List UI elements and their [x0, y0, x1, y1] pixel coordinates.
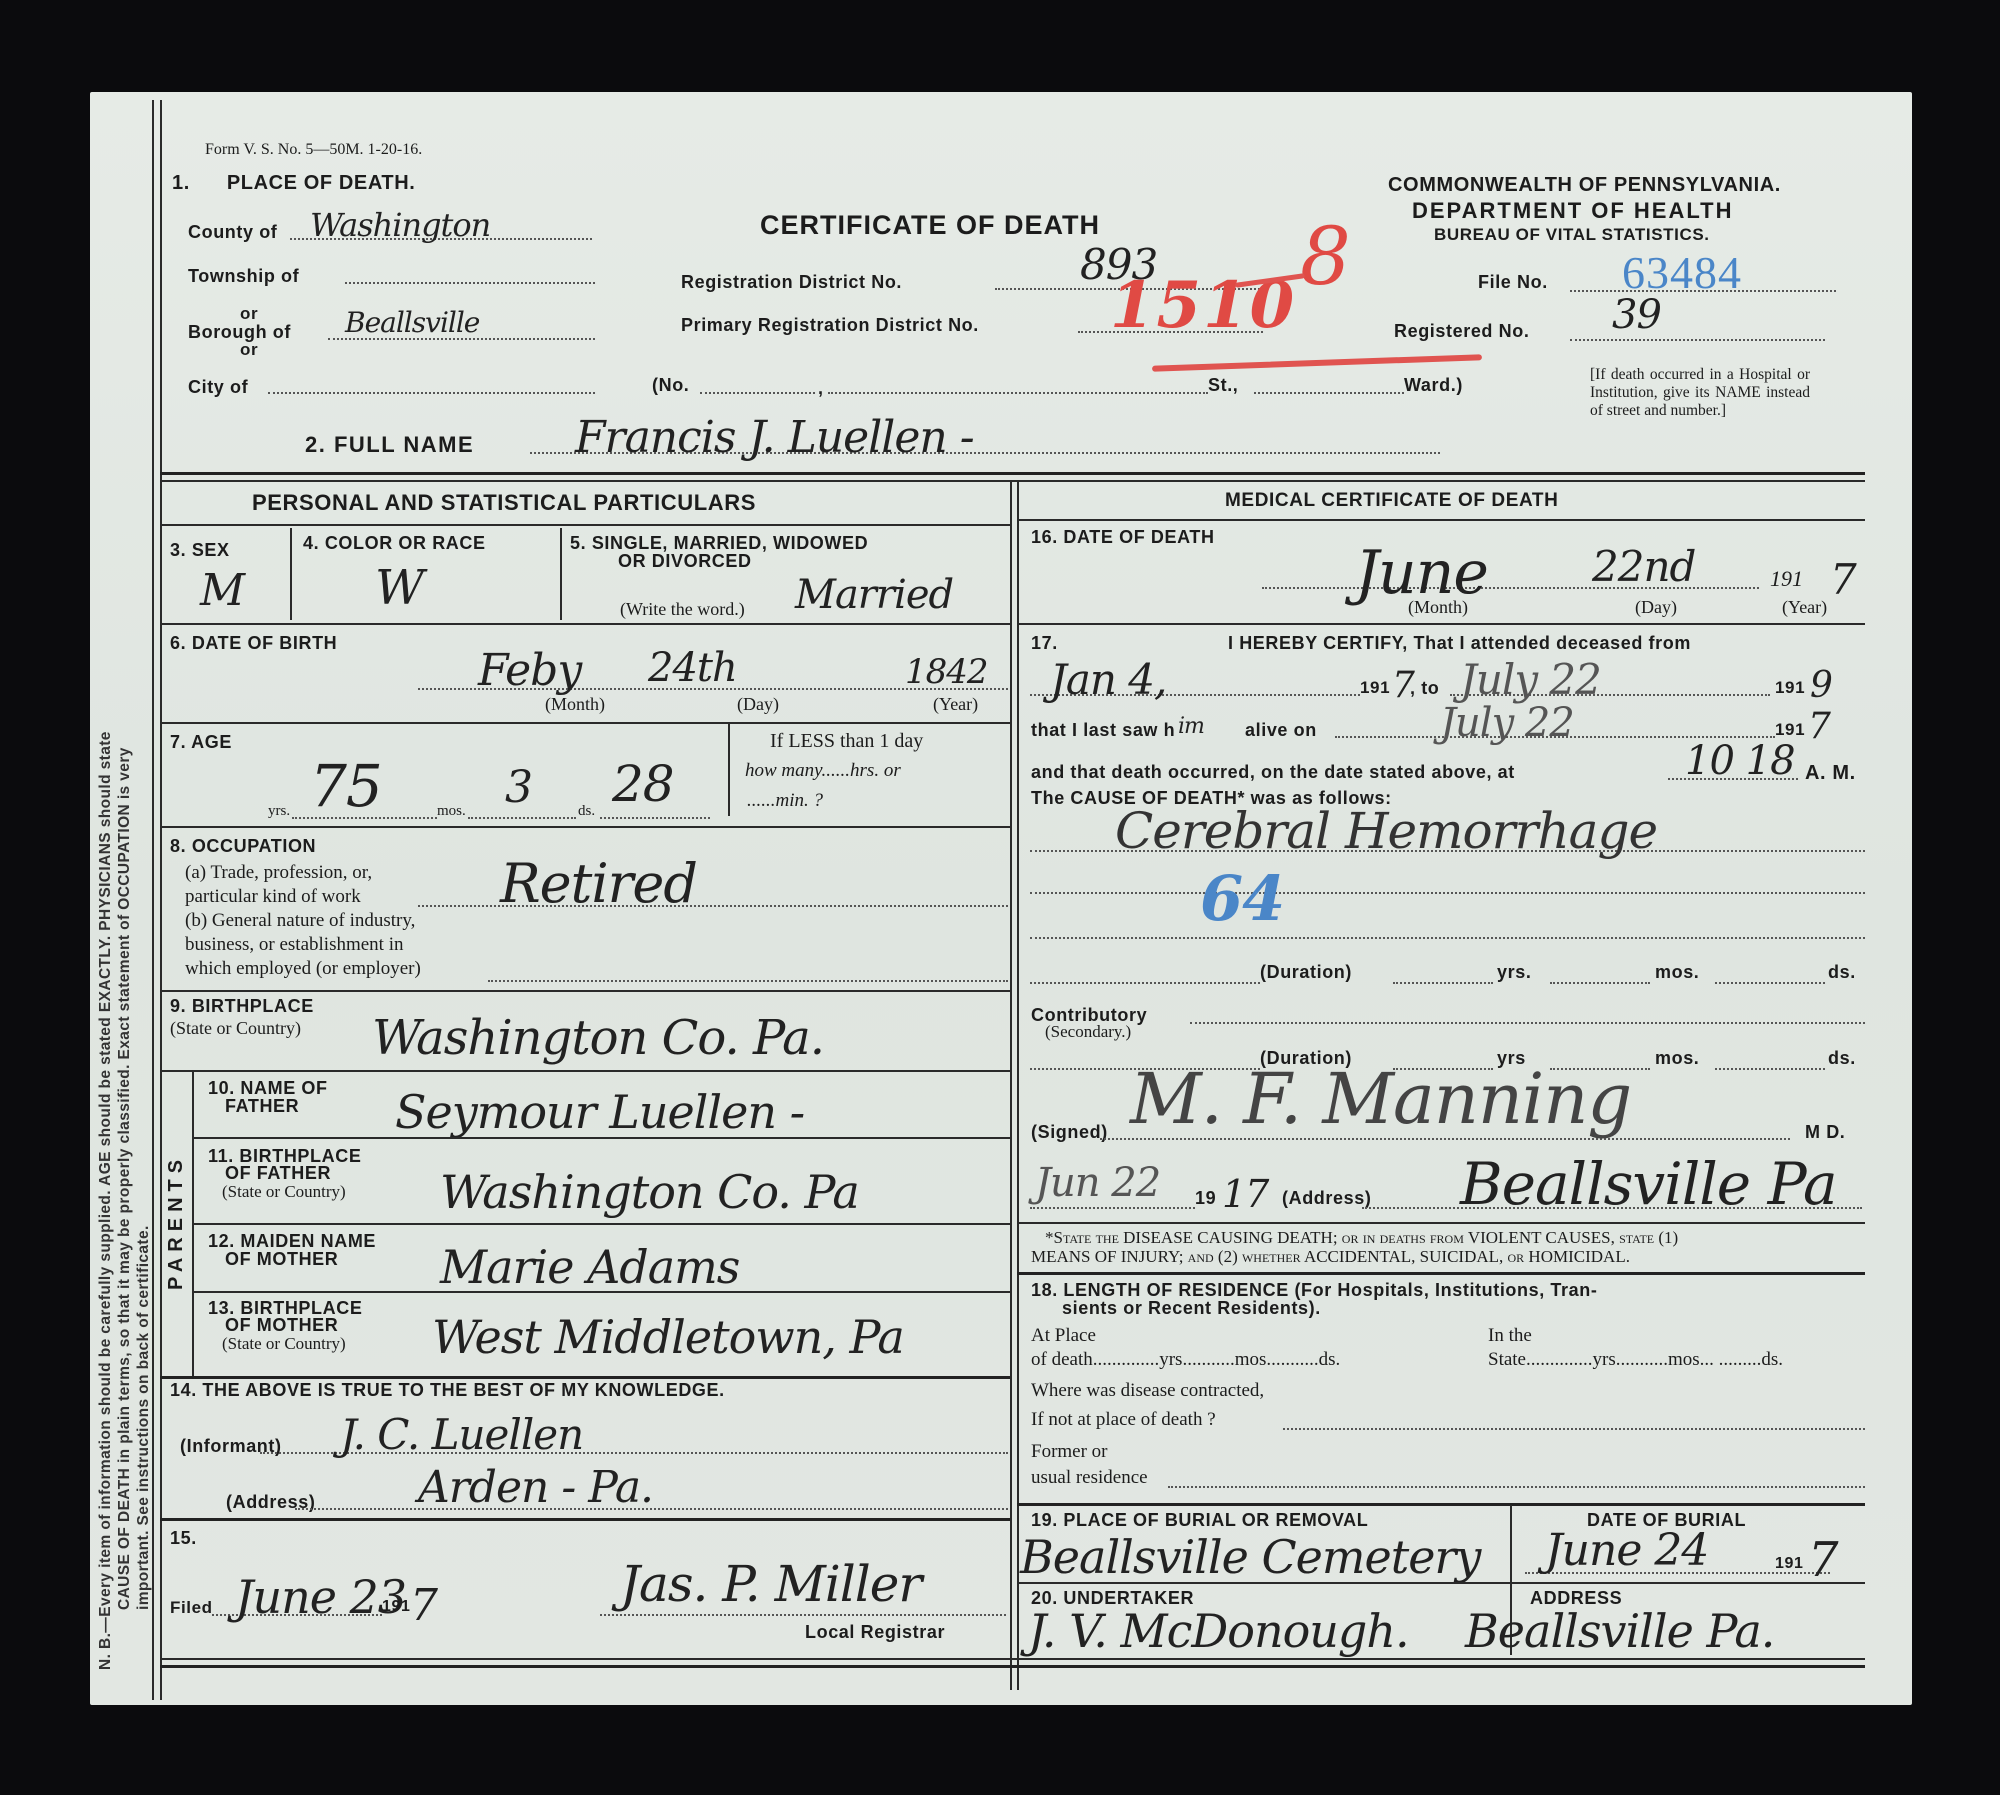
margin-rule: [160, 100, 162, 1700]
certify-text: I HEREBY CERTIFY, That I attended deceas…: [1228, 633, 1691, 654]
mother-birthplace-value: West Middletown, Pa: [432, 1310, 904, 1364]
place-of-death-heading: 1. PLACE OF DEATH.: [172, 172, 415, 195]
street-no-label: (No.: [652, 375, 689, 396]
marital-label-2: OR DIVORCED: [618, 551, 752, 572]
signed-label: (Signed): [1031, 1122, 1108, 1143]
filed-date-value: June 23: [235, 1570, 406, 1624]
sex-label: 3. SEX: [170, 540, 230, 561]
personal-particulars-header: PERSONAL AND STATISTICAL PARTICULARS: [252, 490, 756, 516]
birthplace-value: Washington Co. Pa.: [372, 1010, 824, 1066]
informant-statement: 14. THE ABOVE IS TRUE TO THE BEST OF MY …: [170, 1380, 725, 1401]
medical-certificate-header: MEDICAL CERTIFICATE OF DEATH: [1225, 490, 1558, 512]
issuer-bureau: BUREAU OF VITAL STATISTICS.: [1434, 225, 1710, 245]
last-saw-date: July 22: [1440, 700, 1574, 746]
physician-signature: M. F. Manning: [1130, 1058, 1631, 1140]
full-name-value: Francis J. Luellen -: [575, 412, 974, 463]
occupation-value: Retired: [500, 852, 697, 915]
attended-to: July 22: [1460, 655, 1601, 704]
sidebar-instructions: N. B.—Every item of information should b…: [96, 160, 153, 1670]
at-place-of-death-line: of death..............yrs...........mos.…: [1031, 1349, 1340, 1371]
city-label: City of: [188, 377, 248, 398]
ward-label: Ward.): [1404, 375, 1463, 396]
signed-date: Jun 22: [1035, 1160, 1160, 1206]
registrar-label: Local Registrar: [805, 1622, 945, 1643]
age-years: 75: [310, 752, 382, 820]
footnote-line-1: *State the DISEASE CAUSING DEATH; or in …: [1045, 1228, 1678, 1248]
registered-no-label: Registered No.: [1394, 321, 1529, 342]
issuer-commonwealth: COMMONWEALTH OF PENNSYLVANIA.: [1388, 174, 1781, 197]
physician-address: Beallsville Pa: [1460, 1150, 1837, 1218]
dod-year-suffix: 7: [1830, 555, 1856, 604]
attended-from: Jan 4,: [1050, 655, 1166, 704]
race-value: W: [375, 560, 423, 616]
dob-label: 6. DATE OF BIRTH: [170, 633, 337, 654]
column-divider: [1010, 480, 1012, 1690]
death-time-label: and that death occurred, on the date sta…: [1031, 762, 1515, 783]
county-label: County of: [188, 222, 277, 243]
burial-place-value: Beallsville Cemetery: [1020, 1530, 1480, 1584]
registered-no-value: 39: [1612, 292, 1661, 338]
marital-value: Married: [795, 572, 953, 618]
county-value: Washington: [310, 206, 490, 244]
age-months: 3: [505, 762, 532, 813]
form-number: Form V. S. No. 5—50M. 1-20-16.: [205, 141, 422, 159]
sidebar-note-line-3: important. See instructions on back of c…: [134, 160, 153, 1670]
informant-value: J. C. Luellen: [340, 1410, 583, 1459]
burial-place-label: 19. PLACE OF BURIAL OR REMOVAL: [1031, 1510, 1368, 1531]
marital-hint: (Write the word.): [620, 599, 745, 620]
filed-label: Filed: [170, 1598, 213, 1618]
cause-code: 64: [1200, 862, 1284, 935]
sex-value: M: [200, 565, 244, 616]
dod-day: 22nd: [1592, 542, 1695, 591]
burial-date-value: June 24: [1545, 1525, 1708, 1576]
residence-label-2: sients or Recent Residents).: [1062, 1298, 1321, 1319]
red-annotation-suffix: 8: [1300, 210, 1350, 303]
footnote-line-2: MEANS OF INJURY; and (2) whether ACCIDEN…: [1031, 1247, 1630, 1267]
sidebar-note-line-2: CAUSE OF DEATH in plain terms, so that i…: [115, 160, 134, 1670]
race-label: 4. COLOR OR RACE: [303, 533, 486, 554]
registrar-signature: Jas. P. Miller: [620, 1555, 921, 1613]
parents-side-label: PARENTS: [165, 1154, 188, 1290]
father-name-value: Seymour Luellen -: [395, 1085, 804, 1139]
margin-rule: [152, 100, 154, 1700]
dob-month: Feby: [478, 645, 581, 696]
dob-year: 1842: [905, 652, 988, 692]
registration-district-label: Registration District No.: [681, 272, 902, 293]
dob-day: 24th: [648, 645, 737, 691]
full-name-label: 2. FULL NAME: [305, 432, 474, 458]
father-birthplace-value: Washington Co. Pa: [440, 1165, 859, 1219]
mother-name-value: Marie Adams: [440, 1240, 739, 1294]
issuer-department: DEPARTMENT OF HEALTH: [1412, 198, 1734, 224]
cause-value: Cerebral Hemorrhage: [1115, 802, 1657, 860]
age-label: 7. AGE: [170, 732, 232, 753]
informant-address-value: Arden - Pa.: [418, 1462, 653, 1513]
street-label: St.,: [1208, 375, 1238, 396]
death-time-value: 10 18: [1685, 738, 1795, 784]
sidebar-note-line-1: N. B.—Every item of information should b…: [96, 160, 115, 1670]
filed-year-suffix: 7: [410, 1580, 437, 1631]
primary-district-label: Primary Registration District No.: [681, 315, 979, 336]
borough-value: Beallsville: [345, 306, 479, 339]
birthplace-label: 9. BIRTHPLACE: [170, 996, 314, 1017]
undertaker-address-value: Beallsville Pa.: [1465, 1604, 1774, 1658]
in-state-line: State..............yrs...........mos... …: [1488, 1349, 1783, 1371]
hospital-note: [If death occurred in a Hospital or Inst…: [1590, 366, 1810, 420]
township-label: Township of: [188, 266, 299, 287]
file-no-label: File No.: [1478, 272, 1548, 293]
age-days: 28: [612, 755, 674, 813]
undertaker-value: J. V. McDonough.: [1028, 1604, 1409, 1658]
certificate-title: CERTIFICATE OF DEATH: [760, 210, 1100, 241]
dod-label: 16. DATE OF DEATH: [1031, 527, 1215, 548]
occupation-label: 8. OCCUPATION: [170, 836, 316, 857]
